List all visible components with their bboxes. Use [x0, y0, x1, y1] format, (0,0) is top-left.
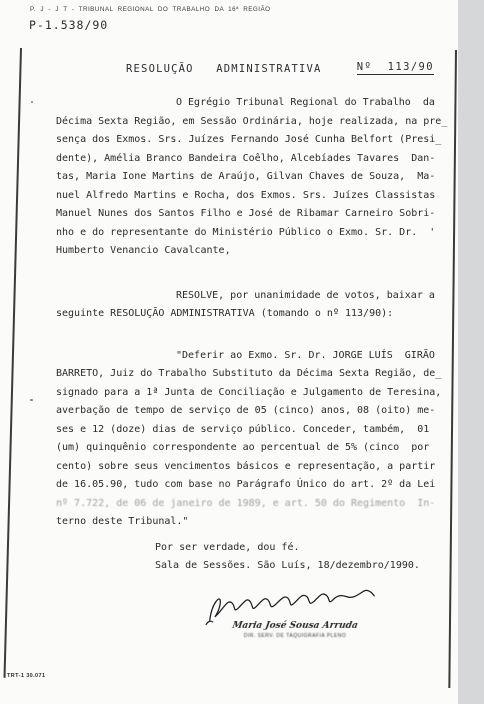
- text-line: de 16.05.90, tudo com base no Parágrafo …: [56, 476, 454, 495]
- text-line: sença dos Exmos. Srs. Juízes Fernando Jo…: [56, 131, 454, 150]
- form-code: TRT-1 30.071: [7, 673, 45, 679]
- title-row: RESOLUÇÃO ADMINISTRATIVA Nº 113/90: [56, 61, 434, 75]
- body-text: O Egrégio Tribunal Regional do Trabalho …: [56, 94, 454, 576]
- text-line: cento) sobre seus vencimentos básicos e …: [56, 458, 454, 477]
- process-number: P-1.538/90: [29, 18, 108, 32]
- signature-block: Maria José Sousa Arruda DIR. SERV. DE TA…: [200, 585, 400, 639]
- left-margin-rule: [4, 48, 22, 678]
- scan-noise-speck: [30, 399, 33, 401]
- signature-stamp-title: DIR. SERV. DE TAQUIGRAFIA PLENO: [200, 633, 390, 639]
- text-line: RESOLVE, por unanimidade de votos, baixa…: [56, 287, 454, 306]
- paragraph: Por ser verdade, dou fé.Sala de Sessões.…: [56, 539, 454, 576]
- paragraph: RESOLVE, por unanimidade de votos, baixa…: [56, 287, 454, 324]
- text-line: tas, Maria Ione Martins de Araújo, Gilva…: [56, 168, 454, 187]
- text-line: signado para a 1ª Junta de Conciliação e…: [56, 384, 454, 403]
- text-line: dente), Amélia Branco Bandeira Coêlho, A…: [56, 150, 454, 169]
- text-line: BARRETO, Juiz do Trabalho Substituto da …: [56, 365, 454, 384]
- text-line: averbação de tempo de serviço de 05 (cin…: [56, 402, 454, 421]
- text-line: terno deste Tribunal.": [56, 513, 454, 532]
- scan-noise-speck: [31, 101, 33, 103]
- letterhead: P. J - J T - TRIBUNAL REGIONAL DO TRABAL…: [30, 6, 270, 13]
- paragraph: O Egrégio Tribunal Regional do Trabalho …: [56, 94, 454, 261]
- signature-stamp-name: Maria José Sousa Arruda: [199, 621, 391, 631]
- text-line: Décima Sexta Região, em Sessão Ordinária…: [56, 113, 454, 132]
- paragraph: "Deferir ao Exmo. Sr. Dr. JORGE LUÍS GIR…: [56, 347, 454, 532]
- text-line: Sala de Sessões. São Luís, 18/dezembro/1…: [56, 557, 454, 576]
- text-line: nho e do representante do Ministério Púb…: [56, 224, 454, 243]
- text-line: (um) quinquênio correspondente ao percen…: [56, 439, 454, 458]
- text-line: nuel Alfredo Martins e Rocha, dos Exmos.…: [56, 187, 454, 206]
- text-line: "Deferir ao Exmo. Sr. Dr. JORGE LUÍS GIR…: [56, 347, 454, 366]
- text-line: ses e 12 (doze) dias de serviço público.…: [56, 421, 454, 440]
- document-page: P. J - J T - TRIBUNAL REGIONAL DO TRABAL…: [0, 0, 484, 704]
- scanner-edge-shadow: [458, 0, 484, 704]
- text-line: seguinte RESOLUÇÃO ADMINISTRATIVA (toman…: [56, 305, 454, 324]
- text-line: nº 7.722, de 06 de janeiro de 1989, e ar…: [56, 495, 454, 514]
- resolution-number: Nº 113/90: [357, 61, 434, 75]
- document-title: RESOLUÇÃO ADMINISTRATIVA: [126, 63, 322, 75]
- text-line: Manuel Nunes dos Santos Filho e José de …: [56, 205, 454, 224]
- text-line: O Egrégio Tribunal Regional do Trabalho …: [56, 94, 454, 113]
- text-line: Humberto Venancio Cavalcante,: [56, 242, 454, 261]
- text-line: Por ser verdade, dou fé.: [56, 539, 454, 558]
